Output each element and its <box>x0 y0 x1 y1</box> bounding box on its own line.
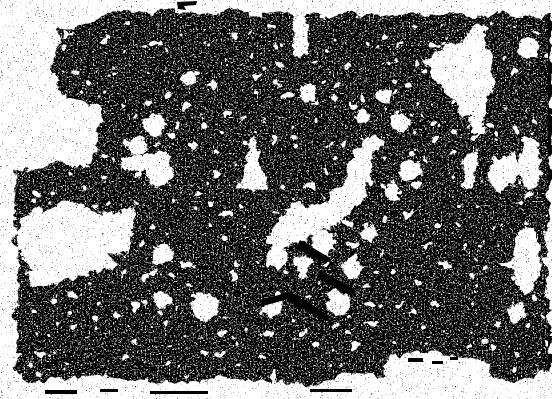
degraded-photo-figure <box>0 0 552 399</box>
photo-canvas <box>0 0 552 399</box>
scanned-page <box>0 0 552 399</box>
pepper-noise <box>0 0 552 399</box>
